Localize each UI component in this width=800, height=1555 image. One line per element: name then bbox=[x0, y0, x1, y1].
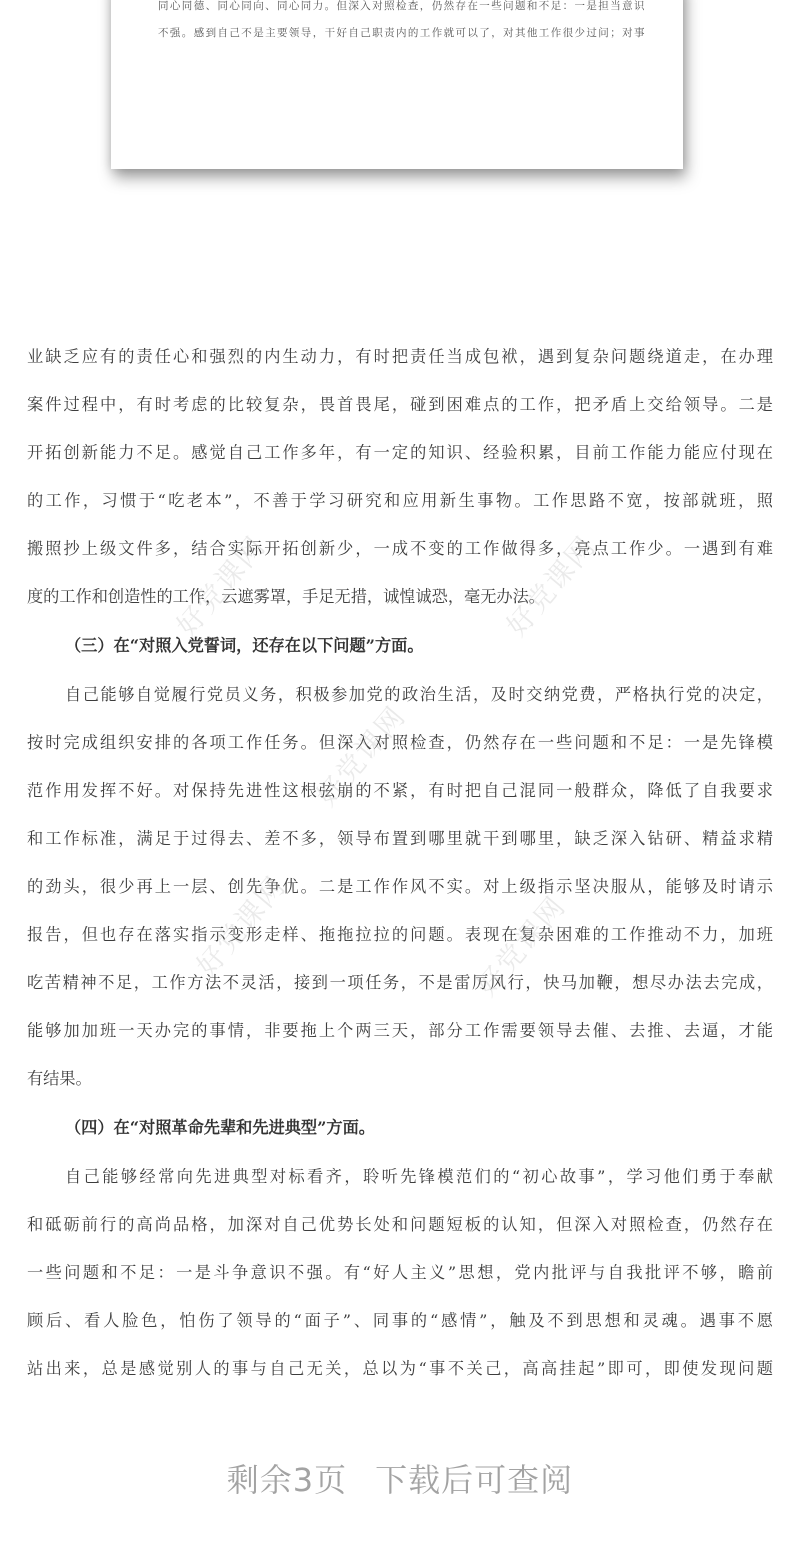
paragraph-line: 业缺乏应有的责任心和强烈的内生动力，有时把责任当成包袱，遇到复杂问题绕道走，在办… bbox=[27, 345, 773, 369]
download-prompt[interactable]: 剩余3页下载后可查阅 bbox=[0, 1455, 800, 1501]
download-hint-label: 下载后可查阅 bbox=[375, 1461, 573, 1499]
paragraph-line: 度的工作和创造性的工作，云遮雾罩，手足无措，诚惶诚恐，毫无办法。 bbox=[27, 585, 773, 609]
paragraph-line: 报告，但也存在落实指示变形走样、拖拖拉拉的问题。表现在复杂困难的工作推动不力，加… bbox=[27, 923, 773, 947]
paragraph-line: 能够加加班一天办完的事情，非要拖上个两三天，部分工作需要领导去催、去推、去逼，才… bbox=[27, 1019, 773, 1043]
previous-page-line: 不强。感到自己不是主要领导，干好自己职责内的工作就可以了，对其他工作很少过问；对… bbox=[158, 25, 646, 40]
paragraph-line: 按时完成组织安排的各项工作任务。但深入对照检查，仍然存在一些问题和不足：一是先锋… bbox=[27, 731, 773, 755]
paragraph-line: 站出来，总是感觉别人的事与自己无关，总以为“事不关己，高高挂起”即可，即使发现问… bbox=[27, 1357, 773, 1381]
paragraph-line: 的劲头，很少再上一层、创先争优。二是工作作风不实。对上级指示坚决服从，能够及时请… bbox=[27, 875, 773, 899]
section-heading: （三）在“对照入党誓词，还存在以下问题”方面。 bbox=[65, 634, 773, 658]
remaining-pages-label: 剩余3页 bbox=[227, 1461, 347, 1499]
previous-page-card: 同心同德、同心同向、同心同力。但深入对照检查，仍然存在一些问题和不足：一是担当意… bbox=[111, 0, 683, 169]
paragraph-line: 吃苦精神不足，工作方法不灵活，接到一项任务，不是雷厉风行，快马加鞭，想尽办法去完… bbox=[27, 971, 773, 995]
paragraph-line: 案件过程中，有时考虑的比较复杂，畏首畏尾，碰到困难点的工作，把矛盾上交给领导。二… bbox=[27, 393, 773, 417]
paragraph-line: 范作用发挥不好。对保持先进性这根弦崩的不紧，有时把自己混同一般群众，降低了自我要… bbox=[27, 779, 773, 803]
paragraph-line: 有结果。 bbox=[27, 1067, 773, 1091]
previous-page-line: 同心同德、同心同向、同心同力。但深入对照检查，仍然存在一些问题和不足：一是担当意… bbox=[158, 0, 646, 13]
paragraph-line: 和砥砺前行的高尚品格，加深对自己优势长处和问题短板的认知，但深入对照检查，仍然存… bbox=[27, 1213, 773, 1237]
paragraph-line: 自己能够自觉履行党员义务，积极参加党的政治生活，及时交纳党费，严格执行党的决定， bbox=[65, 683, 773, 707]
paragraph-line: 自己能够经常向先进典型对标看齐，聆听先锋模范们的“初心故事”，学习他们勇于奉献 bbox=[65, 1165, 773, 1189]
paragraph-line: 搬照抄上级文件多，结合实际开拓创新少，一成不变的工作做得多，亮点工作少。一遇到有… bbox=[27, 537, 773, 561]
paragraph-line: 和工作标准，满足于过得去、差不多，领导布置到哪里就干到哪里，缺乏深入钻研、精益求… bbox=[27, 827, 773, 851]
paragraph-line: 开拓创新能力不足。感觉自己工作多年，有一定的知识、经验积累，目前工作能力能应付现… bbox=[27, 441, 773, 465]
paragraph-line: 一些问题和不足：一是斗争意识不强。有“好人主义”思想，党内批评与自我批评不够，瞻… bbox=[27, 1261, 773, 1285]
paragraph-line: 顾后、看人脸色，怕伤了领导的“面子”、同事的“感情”，触及不到思想和灵魂。遇事不… bbox=[27, 1309, 773, 1333]
section-heading: （四）在“对照革命先辈和先进典型”方面。 bbox=[65, 1116, 773, 1140]
paragraph-line: 的工作，习惯于“吃老本”，不善于学习研究和应用新生事物。工作思路不宽，按部就班，… bbox=[27, 489, 773, 513]
